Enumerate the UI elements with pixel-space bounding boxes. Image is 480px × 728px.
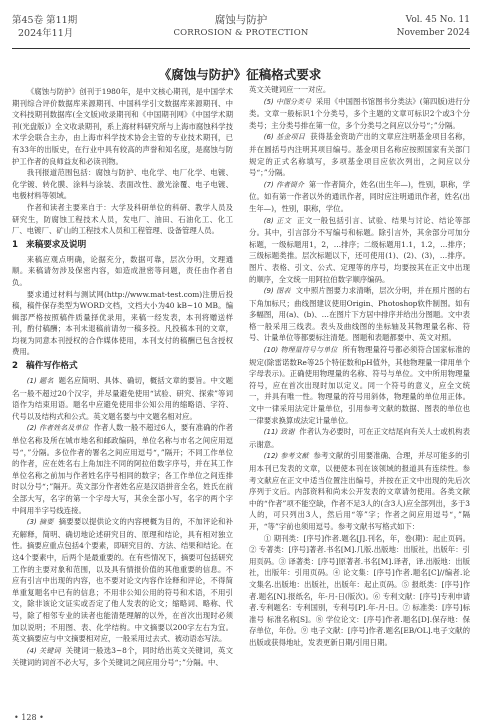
reference-formats: ① 期刊类：[序号]作者.题名[J].刊名，年，卷(期)：起止页码。② 专著类：… — [249, 533, 470, 649]
header-date-en: November 2024 — [397, 27, 470, 40]
section-heading-1: 1来稿要求及说明 — [12, 239, 233, 252]
section-heading-2: 2稿件写作格式 — [12, 360, 233, 373]
item-authors: (2) 作者姓名及单位 作者人数一般不超过6人，要有准确的作者单位名称及所在城市… — [12, 422, 233, 516]
item-fund: (6) 基金项目 获得基金资助产出的文章应注明基金项目名称，并在圆括号内注明其项… — [249, 131, 470, 178]
intro-scope-paragraph: 我刊报道范围包括：腐蚀与防护、电化学、电厂化学、电镀、化学镀、转化膜、涂料与涂装… — [12, 167, 233, 202]
intro-readers-paragraph: 作者和读者主要来自于：大学及科研单位的科研、教学人员及研究生，防腐蚀工程技术人员… — [12, 202, 233, 237]
item-author-bio: (7) 作者简介 第一作者简介，姓名(出生年—)，性别，职称，学位。如有第一作者… — [249, 179, 470, 215]
submission-requirements-paragraph: 来稿应观点明确，论据充分，数据可靠，层次分明，文理通顺。来稿请勿涉及保密内容，如… — [12, 254, 233, 289]
item-keywords: (4) 关键词 关键词一般选3~8个，同时给出英文关键词，英文关键词的词首不必大… — [12, 645, 233, 669]
page-title: 《腐蚀与防护》征稿格式要求 — [0, 65, 480, 83]
left-column: 《腐蚀与防护》创刊于1980年，是中文核心期刊，是中国学术期刊综合评价数据库来源… — [12, 86, 233, 669]
item-figures-tables: (9) 图表 文中照片图要力求清晰，层次分明，并在照片图的右下角加标尺；曲线图建… — [249, 285, 470, 344]
item-title: (1) 题名 题名应简明、具体、确切，概括文章的要旨。中文题名一般不超过20个汉… — [12, 375, 233, 422]
keywords-continued: 英文关键词应一一对应。 — [249, 84, 470, 96]
intro-paragraph: 《腐蚀与防护》创刊于1980年，是中文核心期刊，是中国学术期刊综合评价数据库来源… — [12, 86, 233, 167]
item-abstract: (3) 摘要 摘要要以提供论文的内容梗概为目的，不加评论和补充解释，简明、确切地… — [12, 516, 233, 645]
item-classification: (5) 中图分类号 采用《中国图书馆图书分类法》(第四版)进行分类。文章一般标识… — [249, 96, 470, 132]
header-volume-issue-en: Vol. 45 No. 11 — [397, 14, 470, 27]
item-acknowledgement: (11) 致谢 作者认为必要时，可在正文结尾向有关人士或机构表示谢意。 — [249, 426, 470, 450]
submission-method-paragraph: 要求通过材料与测试网(http://www.mat-test.com)注册后投稿… — [12, 289, 233, 359]
page-number: • 128 • — [14, 713, 44, 722]
item-references: (12) 参考文献 参考文献的引用要准确、合理，并尽可能多的引用本刊已发表的文章… — [249, 450, 470, 532]
header-volume-info-en: Vol. 45 No. 11 November 2024 — [397, 14, 470, 40]
running-header: 第45卷 第11期 2024年11月 腐蚀与防护 CORROSION & PRO… — [12, 12, 470, 49]
right-column: 英文关键词应一一对应。 (5) 中图分类号 采用《中国图书馆图书分类法》(第四版… — [249, 84, 470, 649]
item-units: (10) 物理量符号与单位 所有物理量符号都必须符合国家标准的规定(除雷诺数Re… — [249, 344, 470, 426]
item-body-text: (8) 正文 正文一般包括引言、试验、结果与讨论、结论等部分。其中，引言部分不写… — [249, 215, 470, 286]
